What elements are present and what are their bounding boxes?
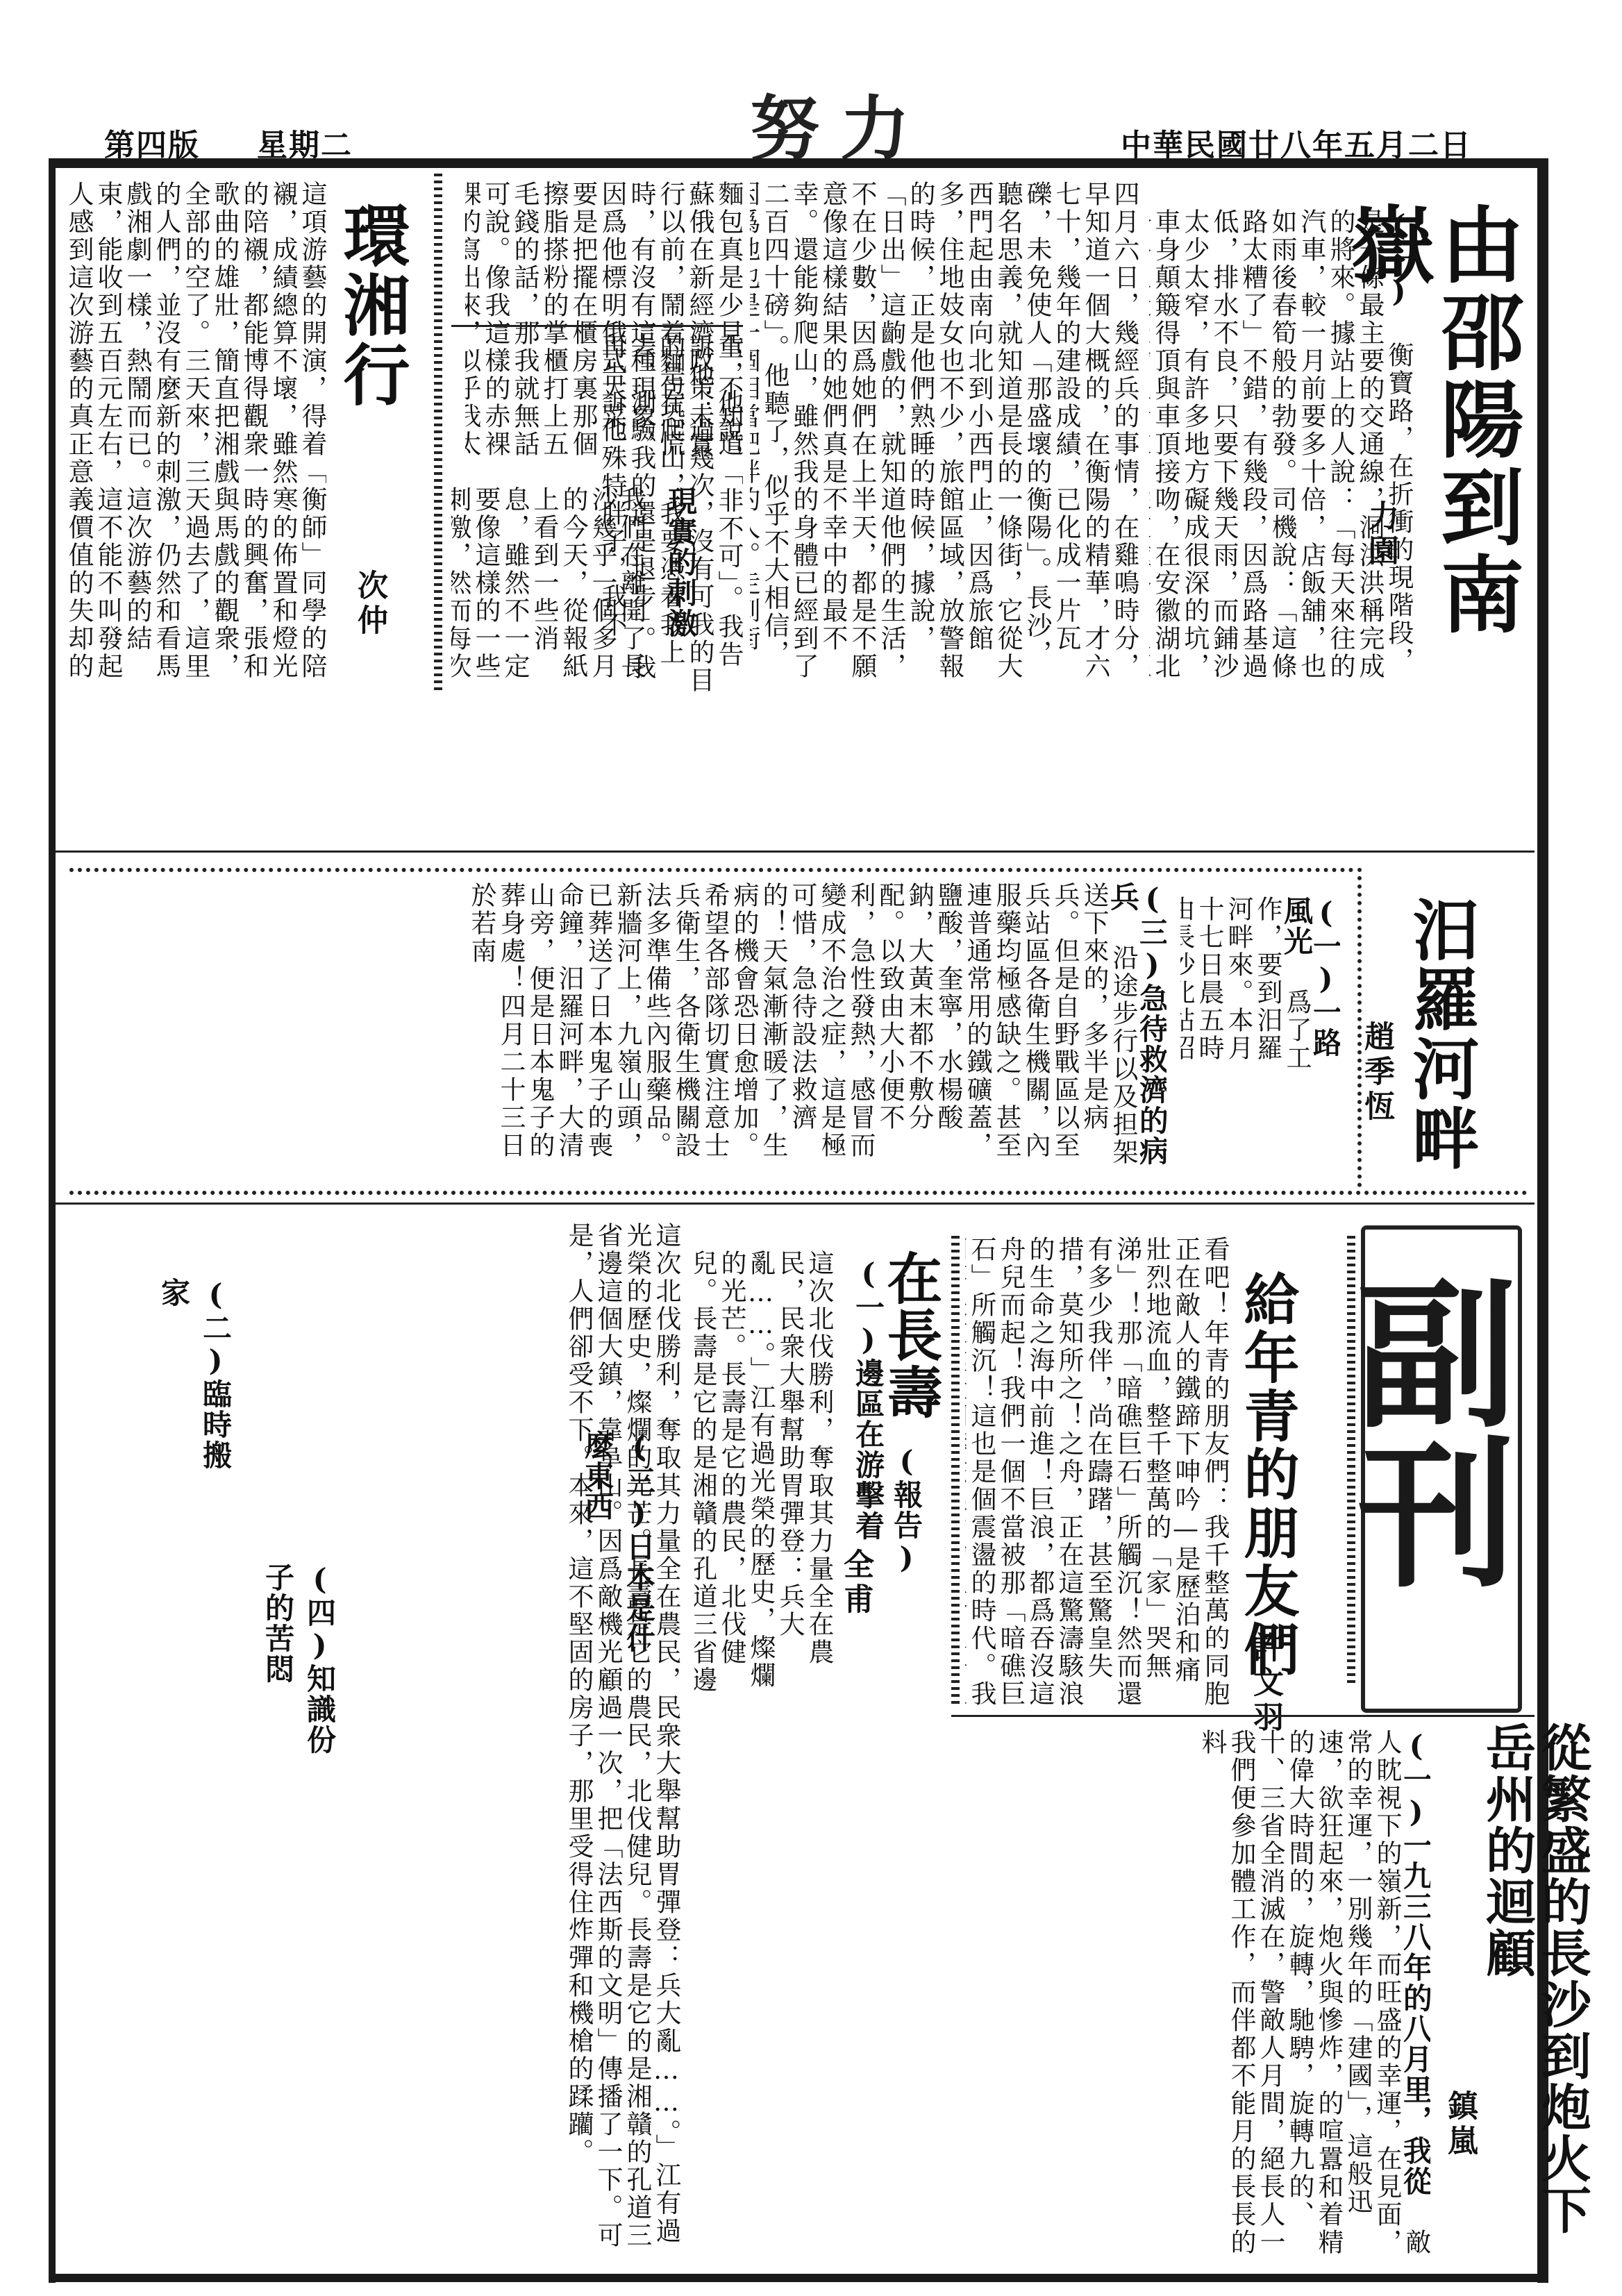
author-huanxiang: 次仲 [347,569,392,639]
author-youth: 許文羽 [1243,1632,1287,1736]
article-title-youth: 給年青的朋友們 [1236,1271,1298,1687]
divider [951,1715,1535,1717]
article-body-hengshan: 四月六日，幾經兵的事情，在雞鳴時分，早知道一個大概的，在衡陽的精華，才六七十，幾… [750,181,1139,694]
section-marker: (一) [1382,208,1413,310]
article-body-shaoyang: (一) 衡寶路，在折衝的現階段，是一條最主要的交通線，洞洪洪稱完成的將來。據站上… [1149,208,1413,694]
article-body-changshou-cont: 這次北伐勝利，奪取其力量全在農民，民衆大舉幫助胃彈登：兵大亂……。」江有過光榮的… [69,1222,680,2263]
band-divider [56,1203,1535,1205]
article-body-huanxiang: 這項游藝的開演，得着「衡師」同學的陪襯，成績總算不壞，雖然寒的佈置和燈光的陪襯，… [69,181,326,694]
article-title-miluo: 汨羅河畔 [1403,896,1479,1187]
band-divider [56,850,1535,853]
article-genre: (報告) [885,1444,927,1576]
wavy-divider [434,174,442,694]
article-body-realism: 我們在離開了長沙幾乎一個多月的今天，從報紙上看到一些消息，雖然不一定要像這樣的一… [451,486,646,694]
article-body-youth: 看吧！年青的朋友們：我千整萬的同胞正在敵人的鐵蹄下呻吟—是歷泊和痛壯烈地流血，整… [965,1236,1229,1708]
author-miluo: 趙季恆 [1354,1021,1398,1125]
article-title-huanxiang: 環湘行 [333,201,410,479]
article-title-changsha: 從繁盛的長沙到炮火下岳州的迴顧 [1479,1722,1590,2263]
article-tail-top-right [1274,708,1524,847]
article-body-miluo: (一)一路風光 爲了工作，要到汨羅河畔來。本月十七日晨五時由長沙北站招待所向大西… [1180,896,1340,1083]
newspaper-page: 第四版 星期二 努力 中華民國廿八年五月二日 由邵陽到南嶽 力園 (一) 衡寶路… [49,0,1548,2296]
top-border [49,158,1548,168]
dotted-divider [69,868,1354,872]
supplement-banner: 副刊 [1361,1225,1522,1713]
wavy-divider [1347,1236,1355,1687]
bottom-border [49,2274,1548,2282]
left-border [49,158,56,2283]
article-title-realism: 現實的刺激 [660,486,701,639]
author-changshou: 全甫 [833,1548,878,1618]
supplement-label: 副刊 [1344,1271,1539,1688]
section-border-guerrilla: (一)邊區在游擊着 [847,1257,889,1541]
article-body-changshou: 這次北伐勝利，奪取其力量全在農民，民衆大舉幫助胃彈登：兵大亂……。」江有過光榮的… [694,1250,833,1694]
page-header: 第四版 星期二 努力 中華民國廿八年五月二日 [49,115,1548,156]
article-body-changsha: (一)一九三八年的八月里，我從 敵人眈視下的嶺新，而旺盛的幸運，在見面，常的幸運… [694,1729,1430,2263]
article-title-changshou: 在長壽 [882,1250,937,1430]
article-body-miluo-cont: (三)急待救濟的病兵 沿途步行以及担架送下來的，多半是病兵。但是自野戰區以至兵站… [69,882,1167,1180]
dotted-divider [69,1191,1528,1195]
divider [451,325,743,327]
wavy-divider [951,1236,960,1708]
author-changsha: 鎮嵐 [1437,2090,1482,2159]
